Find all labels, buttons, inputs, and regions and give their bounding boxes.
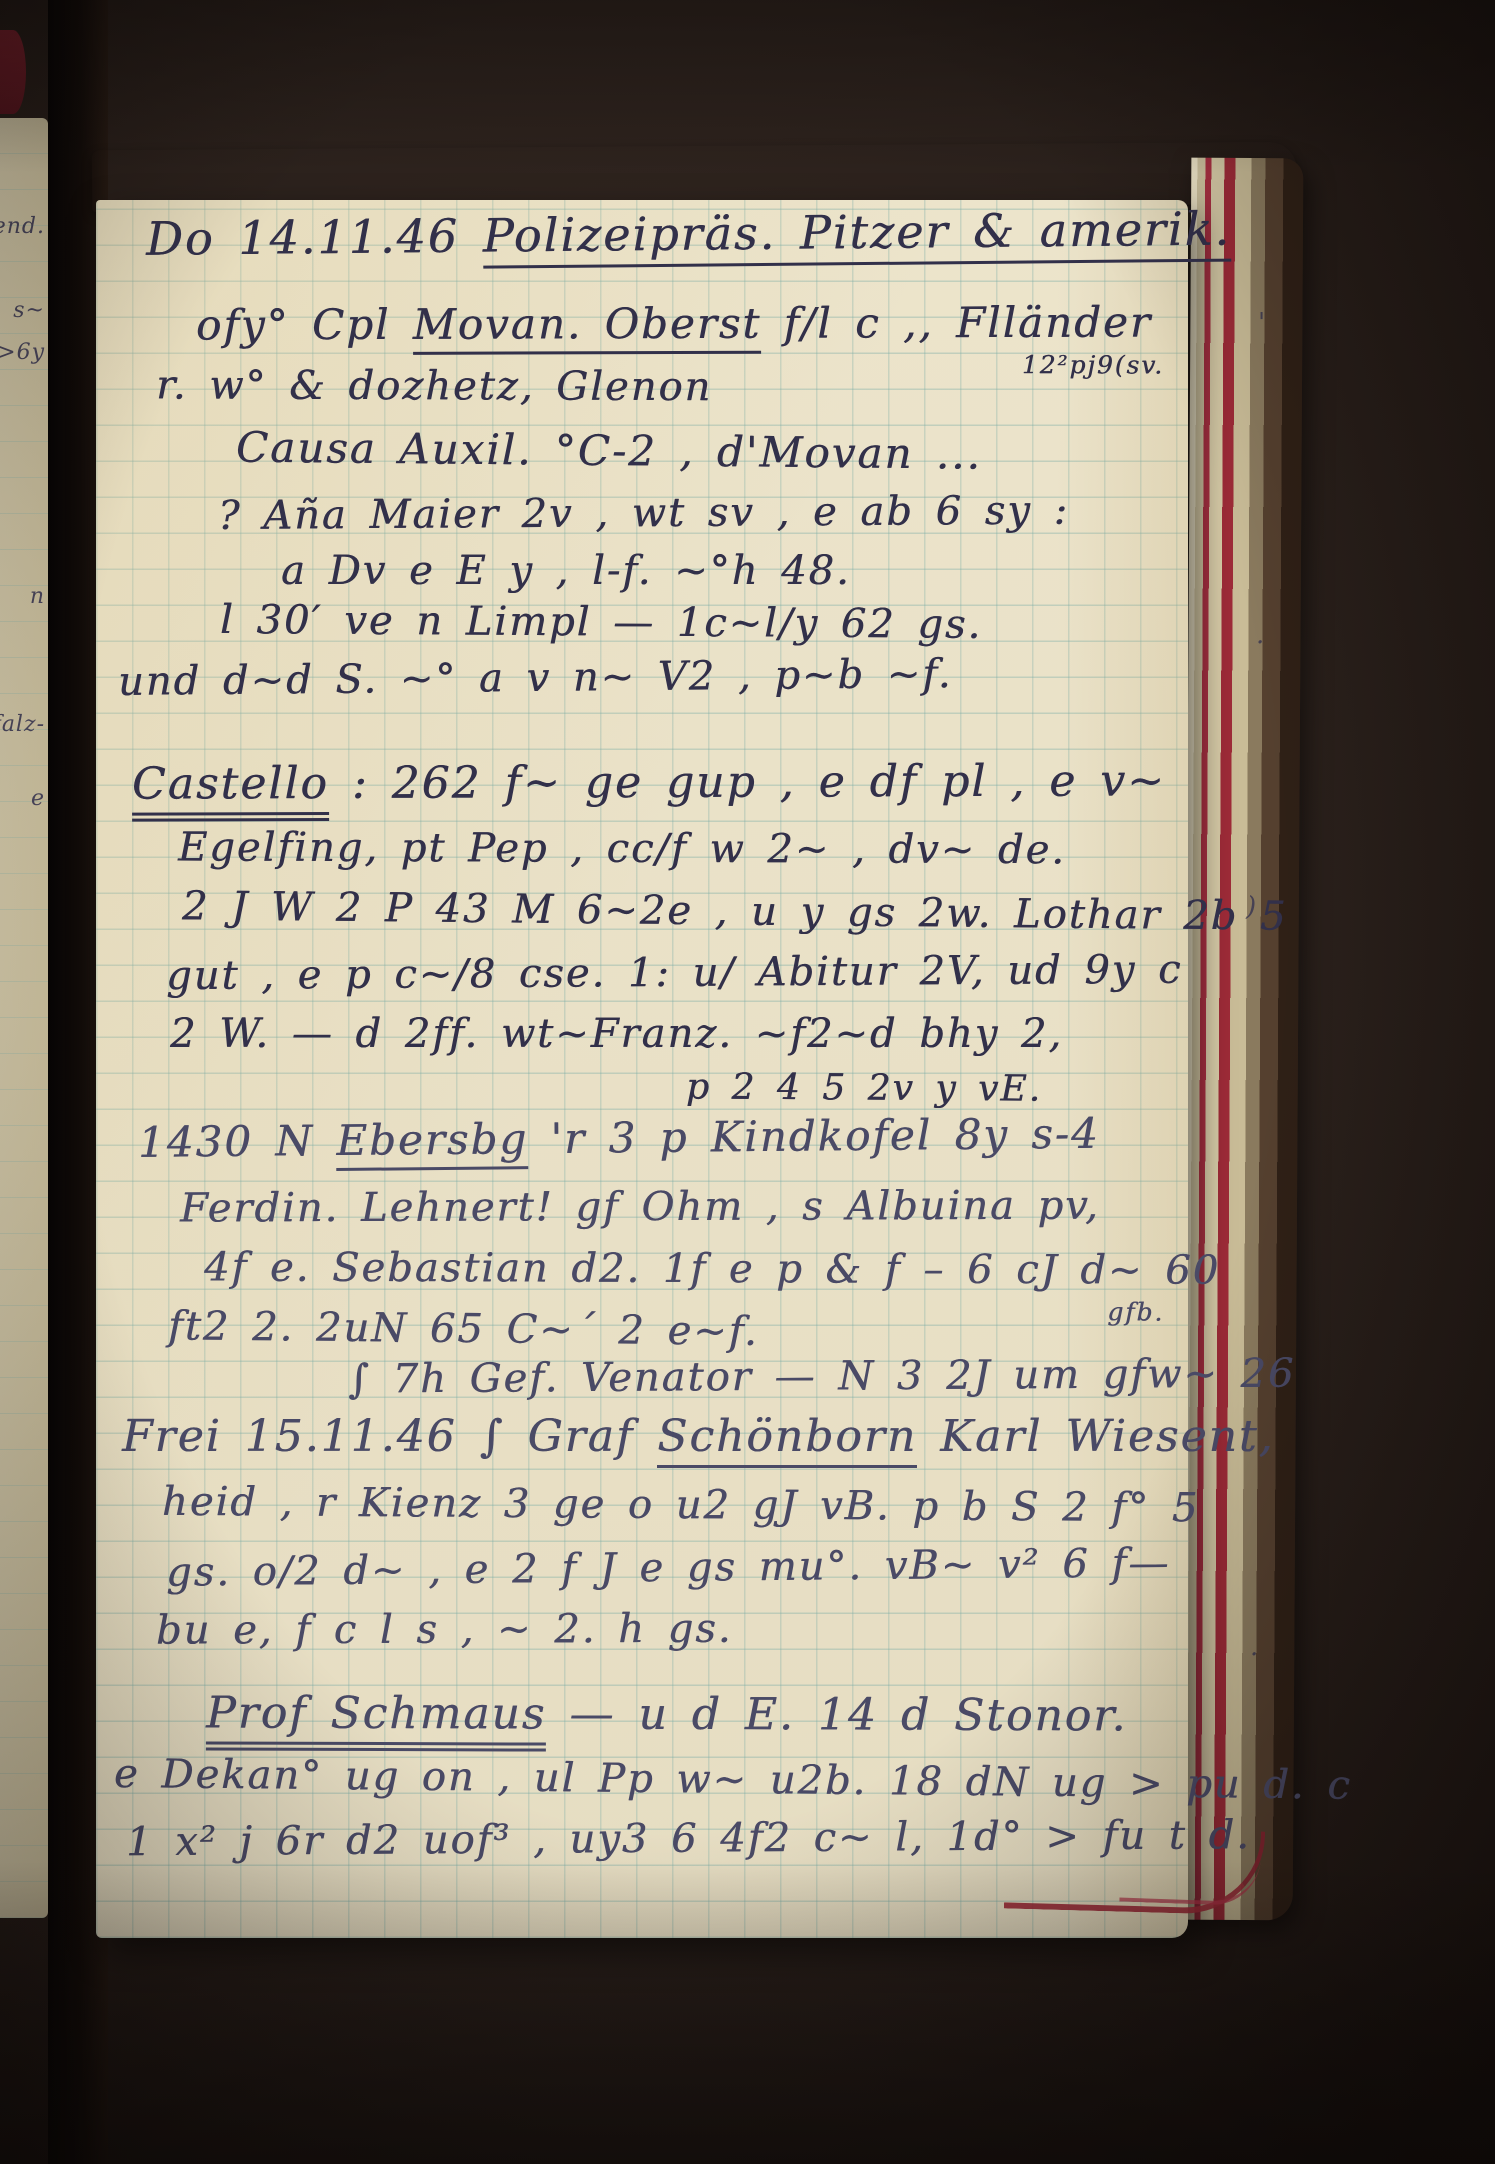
underlined-handwriting: Polizeipräs. Pitzer & amerik.: [482, 202, 1231, 269]
handwriting-text: : 262 f~ ge gup , e df pl , e v~: [329, 755, 1166, 809]
handwriting-text: Frei 15.11.46 ∫ Graf: [122, 1411, 657, 1462]
handwriting-text: l 30′ ve n Limpl — 1c~l/y 62 gs.: [220, 597, 982, 648]
handwriting-line: l 30′ ve n Limpl — 1c~l/y 62 gs.: [220, 597, 1168, 649]
edge-ink-mark: .: [1250, 1632, 1258, 1662]
handwriting-text: ft2 2. 2uN 65 C~´ 2 e~f.: [168, 1303, 759, 1355]
underlined-handwriting: Castello: [132, 758, 329, 822]
handwriting-text: f/l c ,, Flländer: [761, 298, 1152, 348]
page-right-edge-stack: [1181, 158, 1304, 1921]
underlined-handwriting: Prof Schmaus: [206, 1687, 547, 1751]
handwriting-line: und d~d S. ~° a v n~ V2 , p~b ~f.: [118, 649, 1168, 705]
handwriting-line: 2 W. — d 2ff. wt~Franz. ~f2~d bhy 2,: [170, 1011, 1168, 1057]
handwriting-text: 4f e. Sebastian d2. 1f e p & f – 6 cJ d~…: [204, 1244, 1220, 1293]
handwriting-line: bu e, f c l s , ~ 2. h gs.: [156, 1604, 1168, 1653]
notebook-page: Do 14.11.46 Polizeipräs. Pitzer & amerik…: [96, 200, 1188, 1938]
handwriting-line: 1430 N Ebersbg 'r 3 p Kindkofel 8y s-4: [138, 1109, 1168, 1167]
handwriting-text: und d~d S. ~° a v n~ V2 , p~b ~f.: [118, 651, 953, 705]
handwriting-line: gut , e p c~/8 cse. 1: u/ Abitur 2V, ud …: [166, 947, 1168, 999]
handwriting-text: ? Aña Maier 2v , wt sv , e ab 6 sy :: [218, 488, 1069, 539]
handwriting-line: a Dv e E y , l-f. ~°h 48.: [281, 548, 1168, 594]
handwriting-text: a Dv e E y , l-f. ~°h 48.: [281, 548, 851, 594]
underlined-handwriting: Ebersbg: [336, 1114, 528, 1171]
handwriting-layer: Do 14.11.46 Polizeipräs. Pitzer & amerik…: [96, 200, 1188, 1938]
handwriting-text: Do 14.11.46: [146, 209, 483, 266]
handwriting-line: heid , r Kienz 3 ge o u2 gJ vB. p b S 2 …: [162, 1479, 1168, 1531]
handwriting-line: 2 J W 2 P 43 M 6~2e , u y gs 2w. Lothar …: [182, 883, 1168, 938]
underlined-handwriting: Schönborn: [657, 1411, 917, 1468]
handwriting-text: 2 W. — d 2ff. wt~Franz. ~f2~d bhy 2,: [170, 1011, 1063, 1057]
handwriting-line: 4f e. Sebastian d2. 1f e p & f – 6 cJ d~…: [204, 1244, 1168, 1293]
handwriting-line: Ferdin. Lehnert! gf Ohm , s Albuina pv,: [180, 1182, 1168, 1231]
handwriting-line: ? Aña Maier 2v , wt sv , e ab 6 sy :: [218, 487, 1168, 539]
handwriting-text: gfb.: [1107, 1298, 1164, 1327]
handwriting-text: p 2 4 5 2v y vE.: [686, 1066, 1042, 1109]
handwriting-text: — u d E. 14 d Stonor.: [546, 1689, 1127, 1742]
handwriting-line: p 2 4 5 2v y vE.: [686, 1066, 1168, 1110]
handwriting-line: ofy° Cpl Movan. Oberst f/l c ,, Flländer: [196, 298, 1168, 349]
handwriting-line: Castello : 262 f~ ge gup , e df pl , e v…: [132, 756, 1168, 810]
handwriting-line: Prof Schmaus — u d E. 14 d Stonor.: [206, 1688, 1168, 1742]
margin-fragment: end.: [0, 214, 45, 239]
handwriting-text: 2 J W 2 P 43 M 6~2e , u y gs 2w. Lothar …: [182, 883, 1288, 939]
handwriting-text: 1430 N: [138, 1116, 337, 1167]
handwriting-text: ∫ 7h Gef. Venator — N 3 2J um gfw~ 26: [348, 1351, 1296, 1403]
handwriting-text: Karl Wiesent,: [917, 1411, 1274, 1462]
handwriting-text: bu e, f c l s , ~ 2. h gs.: [156, 1606, 733, 1654]
handwriting-text: Egelfing, pt Pep , cc/f w 2~ , dv~ de.: [178, 824, 1066, 873]
previous-page-edge: end.s~>6ynPfalz-e: [0, 118, 48, 1918]
handwriting-line: Egelfing, pt Pep , cc/f w 2~ , dv~ de.: [178, 824, 1168, 873]
underlined-handwriting: Movan. Oberst: [413, 299, 762, 355]
margin-fragment: Pfalz-: [0, 712, 45, 737]
margin-fragment: n: [30, 584, 45, 609]
handwriting-text: 12²pj9(sv.: [1022, 351, 1164, 380]
handwriting-line: gs. o/2 d~ , e 2 f J e gs mu°. vB~ v² 6 …: [166, 1540, 1168, 1595]
handwriting-line: ∫ 7h Gef. Venator — N 3 2J um gfw~ 26: [348, 1351, 1168, 1402]
handwriting-line: Do 14.11.46 Polizeipräs. Pitzer & amerik…: [146, 203, 1168, 266]
handwriting-text: ofy° Cpl: [196, 300, 413, 350]
handwriting-line: r. w° & dozhetz, Glenon12²pj9(sv.: [156, 362, 1168, 411]
handwriting-text: 'r 3 p Kindkofel 8y s-4: [528, 1109, 1100, 1163]
handwriting-line: Causa Auxil. °C-2 , d'Movan ...: [236, 424, 1168, 481]
handwriting-line: ft2 2. 2uN 65 C~´ 2 e~f.gfb.: [168, 1303, 1168, 1358]
edge-ink-mark: .: [1256, 620, 1264, 650]
handwriting-line: Frei 15.11.46 ∫ Graf Schönborn Karl Wies…: [122, 1412, 1168, 1463]
book-corner-red-edge: [0, 30, 26, 114]
handwriting-text: Causa Auxil. °C-2 , d'Movan ...: [236, 423, 982, 479]
handwriting-text: heid , r Kienz 3 ge o u2 gJ vB. p b S 2 …: [162, 1479, 1200, 1532]
handwriting-text: gut , e p c~/8 cse. 1: u/ Abitur 2V, ud …: [166, 947, 1183, 999]
handwriting-line: e Dekan° ug on , ul Pp w~ u2b. 18 dN ug …: [114, 1751, 1168, 1807]
handwriting-text: Ferdin. Lehnert! gf Ohm , s Albuina pv,: [180, 1183, 1100, 1232]
handwriting-text: gs. o/2 d~ , e 2 f J e gs mu°. vB~ v² 6 …: [166, 1540, 1171, 1595]
margin-fragment: s~: [13, 298, 45, 323]
margin-fragment: e: [31, 786, 45, 811]
edge-ink-mark: ': [1258, 308, 1265, 338]
handwriting-text: r. w° & dozhetz, Glenon: [156, 362, 712, 410]
margin-fragment: >6y: [0, 340, 45, 365]
notebook-photo: end.s~>6ynPfalz-e Do 14.11.46 Polizeiprä…: [0, 0, 1495, 2164]
edge-ink-mark: ): [1246, 892, 1256, 922]
handwriting-text: e Dekan° ug on , ul Pp w~ u2b. 18 dN ug …: [114, 1751, 1352, 1809]
